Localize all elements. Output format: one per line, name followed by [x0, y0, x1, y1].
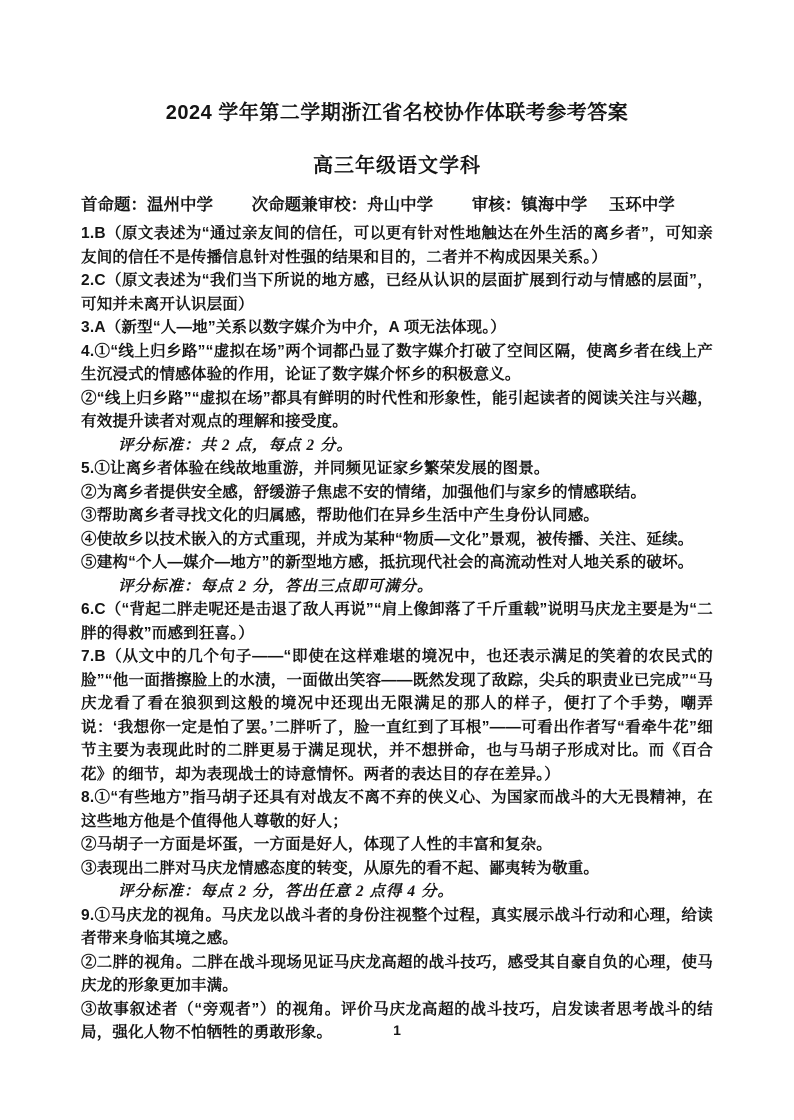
page-number: 1 [0, 1022, 794, 1038]
answer-q9-point2: ②二胖的视角。二胖在战斗现场见证马庆龙高超的战斗技巧，感受其自豪自负的心理，使马… [81, 951, 713, 998]
answer-q5-point2: ②为离乡者提供安全感，舒缓游子焦虑不安的情绪，加强他们与家乡的情感联结。 [81, 481, 713, 505]
document-page: 2024 学年第二学期浙江省名校协作体联考参考答案 高三年级语文学科 首命题：温… [0, 0, 794, 1120]
setter-secondary-school: 次命题兼审校：舟山中学 [252, 191, 434, 215]
scoring-criteria-q5: 评分标准：每点 2 分，答出三点即可满分。 [81, 575, 713, 599]
answers-content: 1.B（原文表述为“通过亲友间的信任，可以更有针对性地触达在外生活的离乡者”，可… [0, 222, 794, 1045]
answer-q5-point5: ⑤建构“个人—媒介—地方”的新型地方感，抵抗现代社会的高流动性对人地关系的破坏。 [81, 551, 713, 575]
answer-q1: 1.B（原文表述为“通过亲友间的信任，可以更有针对性地触达在外生活的离乡者”，可… [81, 222, 713, 269]
setter-reviewer-school-2: 玉环中学 [609, 191, 675, 215]
setter-primary-school: 首命题：温州中学 [81, 191, 213, 215]
answer-q5-point1: 5.①让离乡者体验在线故地重游，并同频见证家乡繁荣发展的图景。 [81, 457, 713, 481]
answer-q3: 3.A（新型“人—地”关系以数字媒介为中介，A 项无法体现。） [81, 316, 713, 340]
answer-q4-point1: 4.①“线上归乡路”“虚拟在场”两个词都凸显了数字媒介打破了空间区隔，使离乡者在… [81, 340, 713, 387]
answer-q8-point2: ②马胡子一方面是坏蛋，一方面是好人，体现了人性的丰富和复杂。 [81, 833, 713, 857]
answer-q5-point3: ③帮助离乡者寻找文化的归属感，帮助他们在异乡生活中产生身份认同感。 [81, 504, 713, 528]
exam-setters-line: 首命题：温州中学 次命题兼审校：舟山中学 审核：镇海中学 玉环中学 [0, 191, 794, 215]
document-subtitle: 高三年级语文学科 [0, 149, 794, 178]
answer-q7: 7.B（从文中的几个句子——“即使在这样难堪的境况中，也还表示满足的笑着的农民式… [81, 645, 713, 786]
answer-q8-point1: 8.①“有些地方”指马胡子还具有对战友不离不弃的侠义心、为国家而战斗的大无畏精神… [81, 786, 713, 833]
answer-q8-point3: ③表现出二胖对马庆龙情感态度的转变，从原先的看不起、鄙夷转为敬重。 [81, 857, 713, 881]
setter-reviewer-school: 审核：镇海中学 [472, 191, 588, 215]
scoring-criteria-q4: 评分标准：共 2 点，每点 2 分。 [81, 434, 713, 458]
answer-q5-point4: ④使故乡以技术嵌入的方式重现，并成为某种“物质—文化”景观，被传播、关注、延续。 [81, 528, 713, 552]
answer-q2: 2.C（原文表述为“我们当下所说的地方感，已经从认识的层面扩展到行动与情感的层面… [81, 269, 713, 316]
answer-q4-point2: ②“线上归乡路”“虚拟在场”都具有鲜明的时代性和形象性，能引起读者的阅读关注与兴… [81, 387, 713, 434]
document-title: 2024 学年第二学期浙江省名校协作体联考参考答案 [0, 0, 794, 125]
answer-q6: 6.C（“背起二胖走呢还是击退了敌人再说”“肩上像卸落了千斤重载”说明马庆龙主要… [81, 598, 713, 645]
scoring-criteria-q8: 评分标准：每点 2 分，答出任意 2 点得 4 分。 [81, 880, 713, 904]
answer-q9-point1: 9.①马庆龙的视角。马庆龙以战斗者的身份注视整个过程，真实展示战斗行动和心理，给… [81, 904, 713, 951]
